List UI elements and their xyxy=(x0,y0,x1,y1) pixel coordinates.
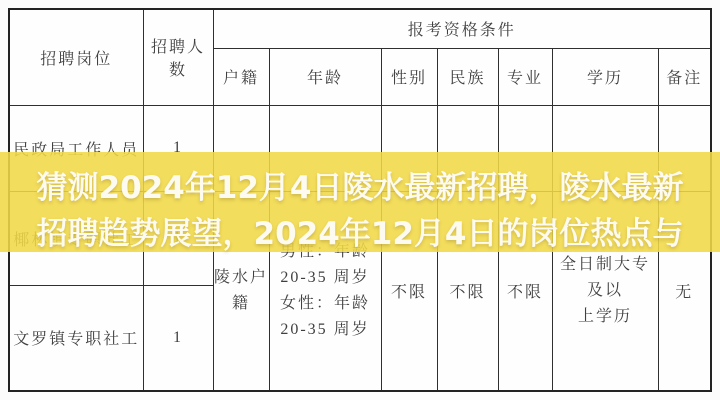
cell-count-3: 1 xyxy=(143,285,213,391)
page-title-line2: 招聘趋势展望，2024年12月4日的岗位热点与 xyxy=(0,211,720,257)
header-education: 学历 xyxy=(552,48,658,105)
header-count: 招聘人数 xyxy=(143,9,213,105)
education-line: 全日制大专及以 xyxy=(553,252,658,304)
age-line: 女性：年龄 xyxy=(270,291,381,317)
page-title: 猜测2024年12月4日陵水最新招聘，陵水最新 招聘趋势展望，2024年12月4… xyxy=(0,165,720,257)
education-line: 上学历 xyxy=(553,304,658,330)
header-position: 招聘岗位 xyxy=(9,9,143,105)
age-line: 20-35 周岁 xyxy=(270,265,381,291)
header-age: 年龄 xyxy=(269,48,381,105)
header-major: 专业 xyxy=(498,48,552,105)
hukou-line: 籍 xyxy=(214,291,269,317)
age-line: 20-35 周岁 xyxy=(270,317,381,343)
cell-position-3: 文罗镇专职社工 xyxy=(9,285,143,391)
hukou-line: 陵水户 xyxy=(214,265,269,291)
screenshot-root: 招聘岗位 招聘人数 报考资格条件 户籍 年龄 性别 民族 专业 学历 备注 民政… xyxy=(0,0,720,400)
header-hukou: 户籍 xyxy=(213,48,269,105)
header-ethnicity: 民族 xyxy=(437,48,498,105)
header-gender: 性别 xyxy=(381,48,437,105)
header-note: 备注 xyxy=(658,48,711,105)
page-title-line1: 猜测2024年12月4日陵水最新招聘，陵水最新 xyxy=(0,165,720,211)
header-conditions: 报考资格条件 xyxy=(213,9,711,48)
